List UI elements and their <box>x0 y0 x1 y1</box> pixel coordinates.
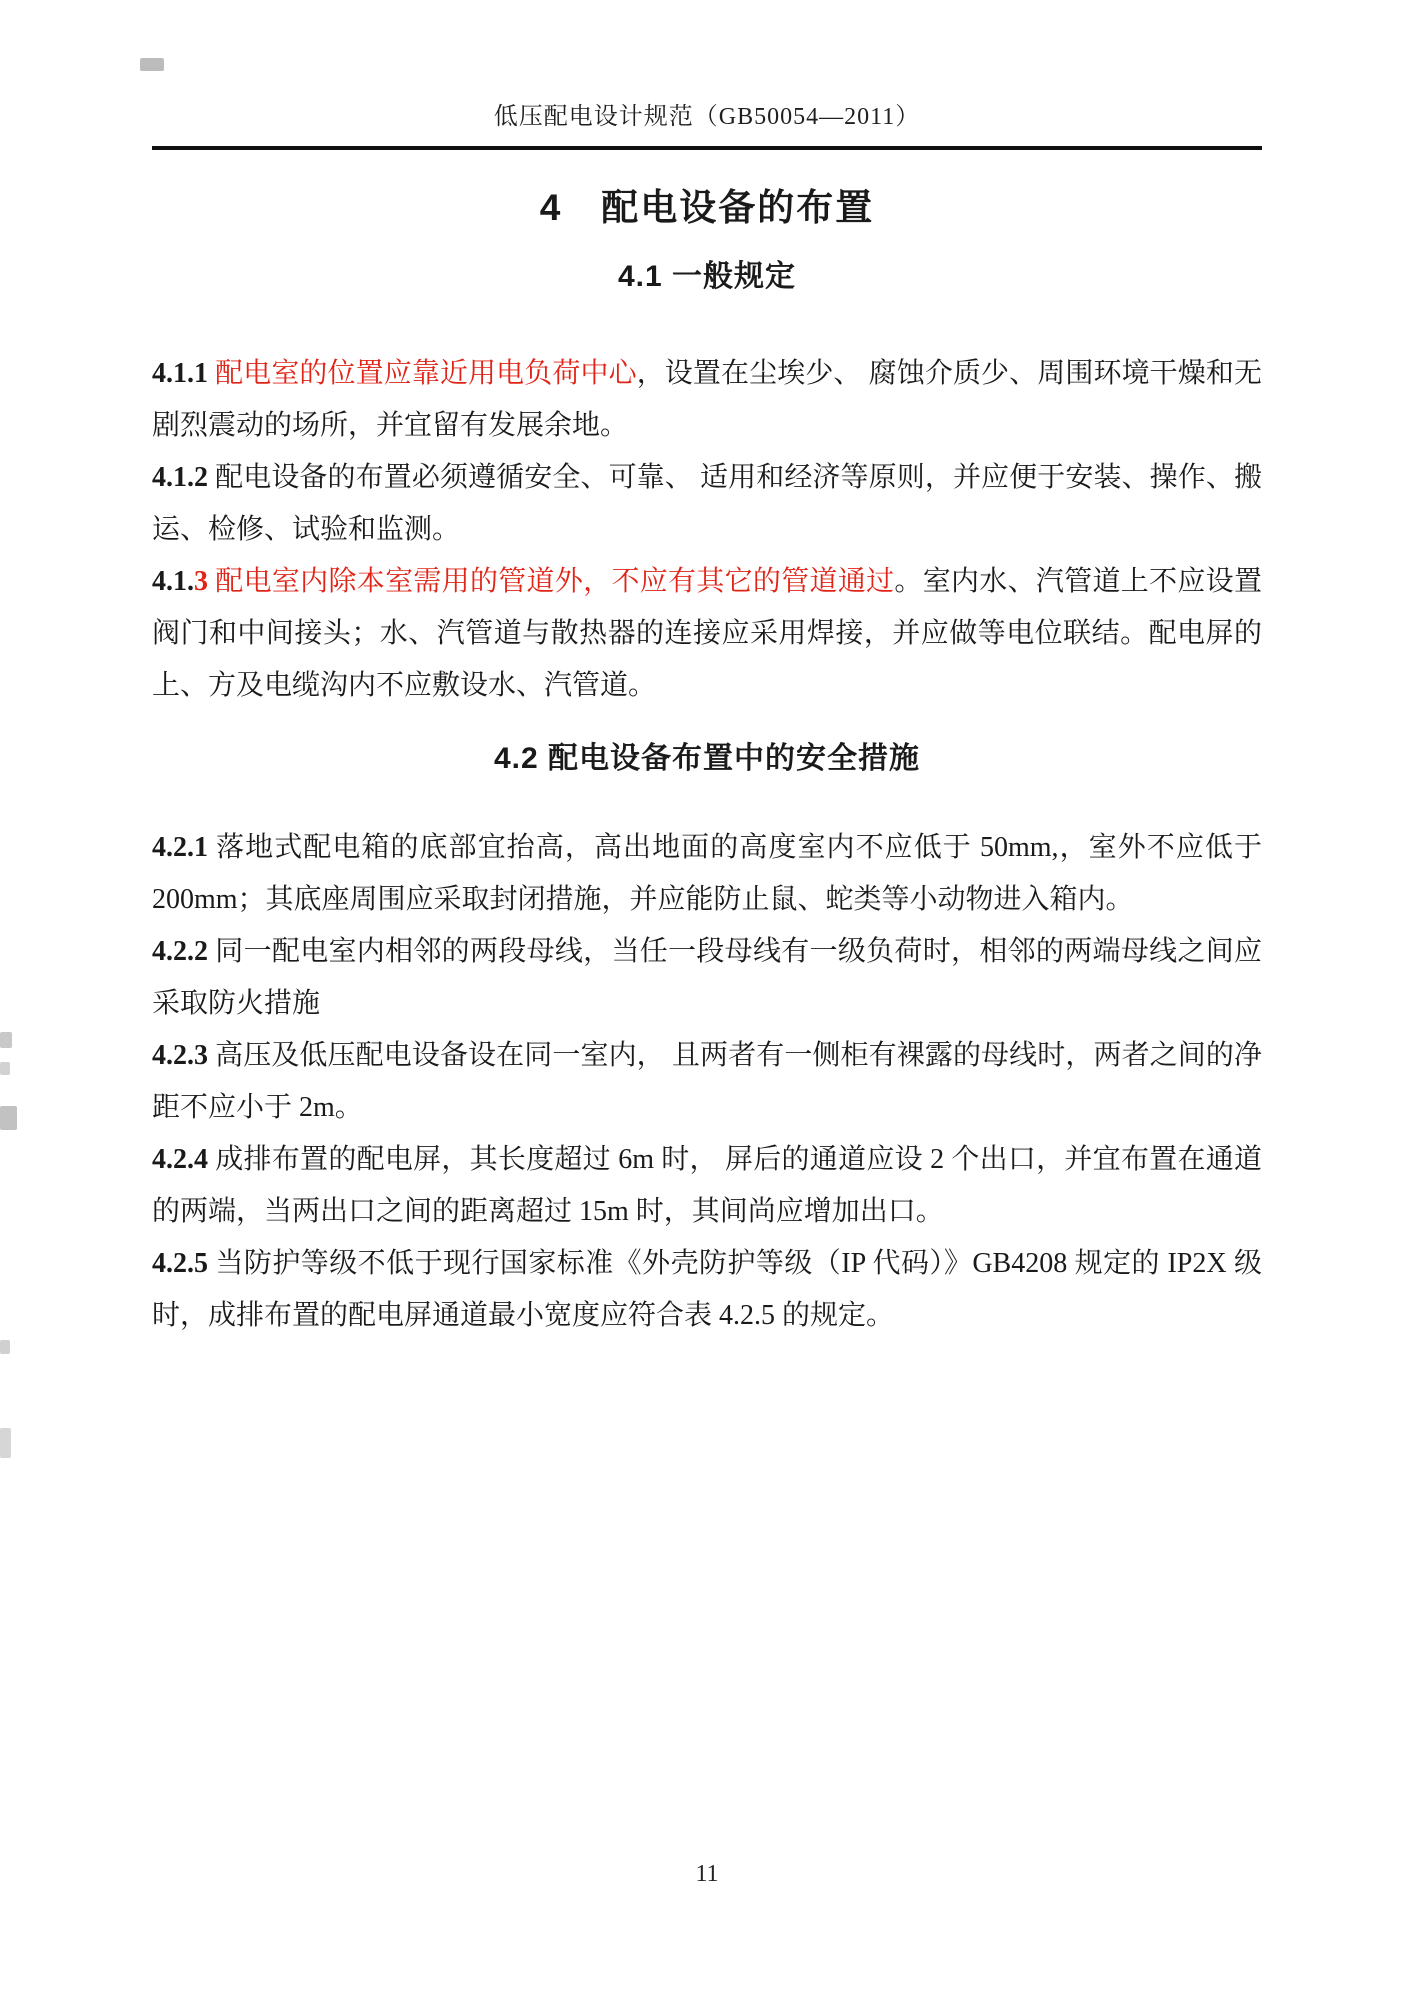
clause-paragraph: 4.2.2 同一配电室内相邻的两段母线，当任一段母线有一级负荷时，相邻的两端母线… <box>152 926 1262 1030</box>
clause-segment-label-red: 3 <box>194 566 215 597</box>
scan-artifact <box>0 1106 17 1130</box>
clause-paragraph: 4.2.5 当防护等级不低于现行国家标准《外壳防护等级（IP 代码）》GB420… <box>152 1238 1262 1342</box>
clause-segment-label: 4.2.3 <box>152 1040 215 1071</box>
clause-segment-label: 4.2.4 <box>152 1144 215 1175</box>
clause-segment-label: 4.2.2 <box>152 936 215 967</box>
document-content: 低压配电设计规范（GB50054—2011） 4 配电设备的布置 4.1 一般规… <box>152 0 1262 1342</box>
header-rule <box>152 146 1262 150</box>
clause-segment-label: 4.1. <box>152 566 194 597</box>
clause-paragraph: 4.1.1 配电室的位置应靠近用电负荷中心，设置在尘埃少、 腐蚀介质少、周围环境… <box>152 348 1262 452</box>
scan-artifact <box>0 1428 11 1458</box>
clause-paragraph: 4.2.1 落地式配电箱的底部宜抬高，高出地面的高度室内不应低于 50mm,，室… <box>152 822 1262 926</box>
running-header: 低压配电设计规范（GB50054—2011） <box>152 96 1262 131</box>
clause-segment-normal: 当防护等级不低于现行国家标准《外壳防护等级（IP 代码）》GB4208 规定的 … <box>152 1248 1262 1331</box>
scan-artifact <box>0 1062 10 1075</box>
clause-segment-normal: 高压及低压配电设备设在同一室内， 且两者有一侧柜有裸露的母线时，两者之间的净距不… <box>152 1040 1262 1123</box>
clause-segment-red: 配电室内除本室需用的管道外，不应有其它的管道通过 <box>215 566 894 597</box>
section-body: 4.2.1 落地式配电箱的底部宜抬高，高出地面的高度室内不应低于 50mm,，室… <box>152 822 1262 1342</box>
clause-segment-label: 4.2.5 <box>152 1248 215 1279</box>
clause-segment-normal: 落地式配电箱的底部宜抬高，高出地面的高度室内不应低于 50mm,，室外不应低于 … <box>152 832 1262 915</box>
section-heading: 4.1 一般规定 <box>152 258 1262 296</box>
clause-segment-red: 配电室的位置应靠近用电负荷中心 <box>215 358 637 389</box>
section-heading: 4.2 配电设备布置中的安全措施 <box>152 740 1262 778</box>
clause-segment-label: 4.1.2 <box>152 462 215 493</box>
clause-segment-label: 4.2.1 <box>152 832 216 863</box>
page-number: 11 <box>0 1861 1414 1888</box>
scan-artifact <box>140 58 164 71</box>
clause-paragraph: 4.2.4 成排布置的配电屏，其长度超过 6m 时， 屏后的通道应设 2 个出口… <box>152 1134 1262 1238</box>
section-body: 4.1.1 配电室的位置应靠近用电负荷中心，设置在尘埃少、 腐蚀介质少、周围环境… <box>152 348 1262 712</box>
clause-paragraph: 4.1.2 配电设备的布置必须遵循安全、可靠、 适用和经济等原则，并应便于安装、… <box>152 452 1262 556</box>
clause-paragraph: 4.1.3 配电室内除本室需用的管道外，不应有其它的管道通过。室内水、汽管道上不… <box>152 556 1262 712</box>
document-page: 低压配电设计规范（GB50054—2011） 4 配电设备的布置 4.1 一般规… <box>0 0 1414 2000</box>
clause-segment-normal: 成排布置的配电屏，其长度超过 6m 时， 屏后的通道应设 2 个出口，并宜布置在… <box>152 1144 1262 1227</box>
clause-segment-normal: 配电设备的布置必须遵循安全、可靠、 适用和经济等原则，并应便于安装、操作、搬运、… <box>152 462 1262 545</box>
chapter-title: 4 配电设备的布置 <box>152 186 1262 230</box>
clause-paragraph: 4.2.3 高压及低压配电设备设在同一室内， 且两者有一侧柜有裸露的母线时，两者… <box>152 1030 1262 1134</box>
clause-segment-label: 4.1.1 <box>152 358 215 389</box>
document-sections: 4.1 一般规定4.1.1 配电室的位置应靠近用电负荷中心，设置在尘埃少、 腐蚀… <box>152 258 1262 1342</box>
clause-segment-normal: 同一配电室内相邻的两段母线，当任一段母线有一级负荷时，相邻的两端母线之间应采取防… <box>152 936 1262 1019</box>
scan-artifact <box>0 1340 10 1354</box>
scan-artifact <box>0 1032 12 1048</box>
